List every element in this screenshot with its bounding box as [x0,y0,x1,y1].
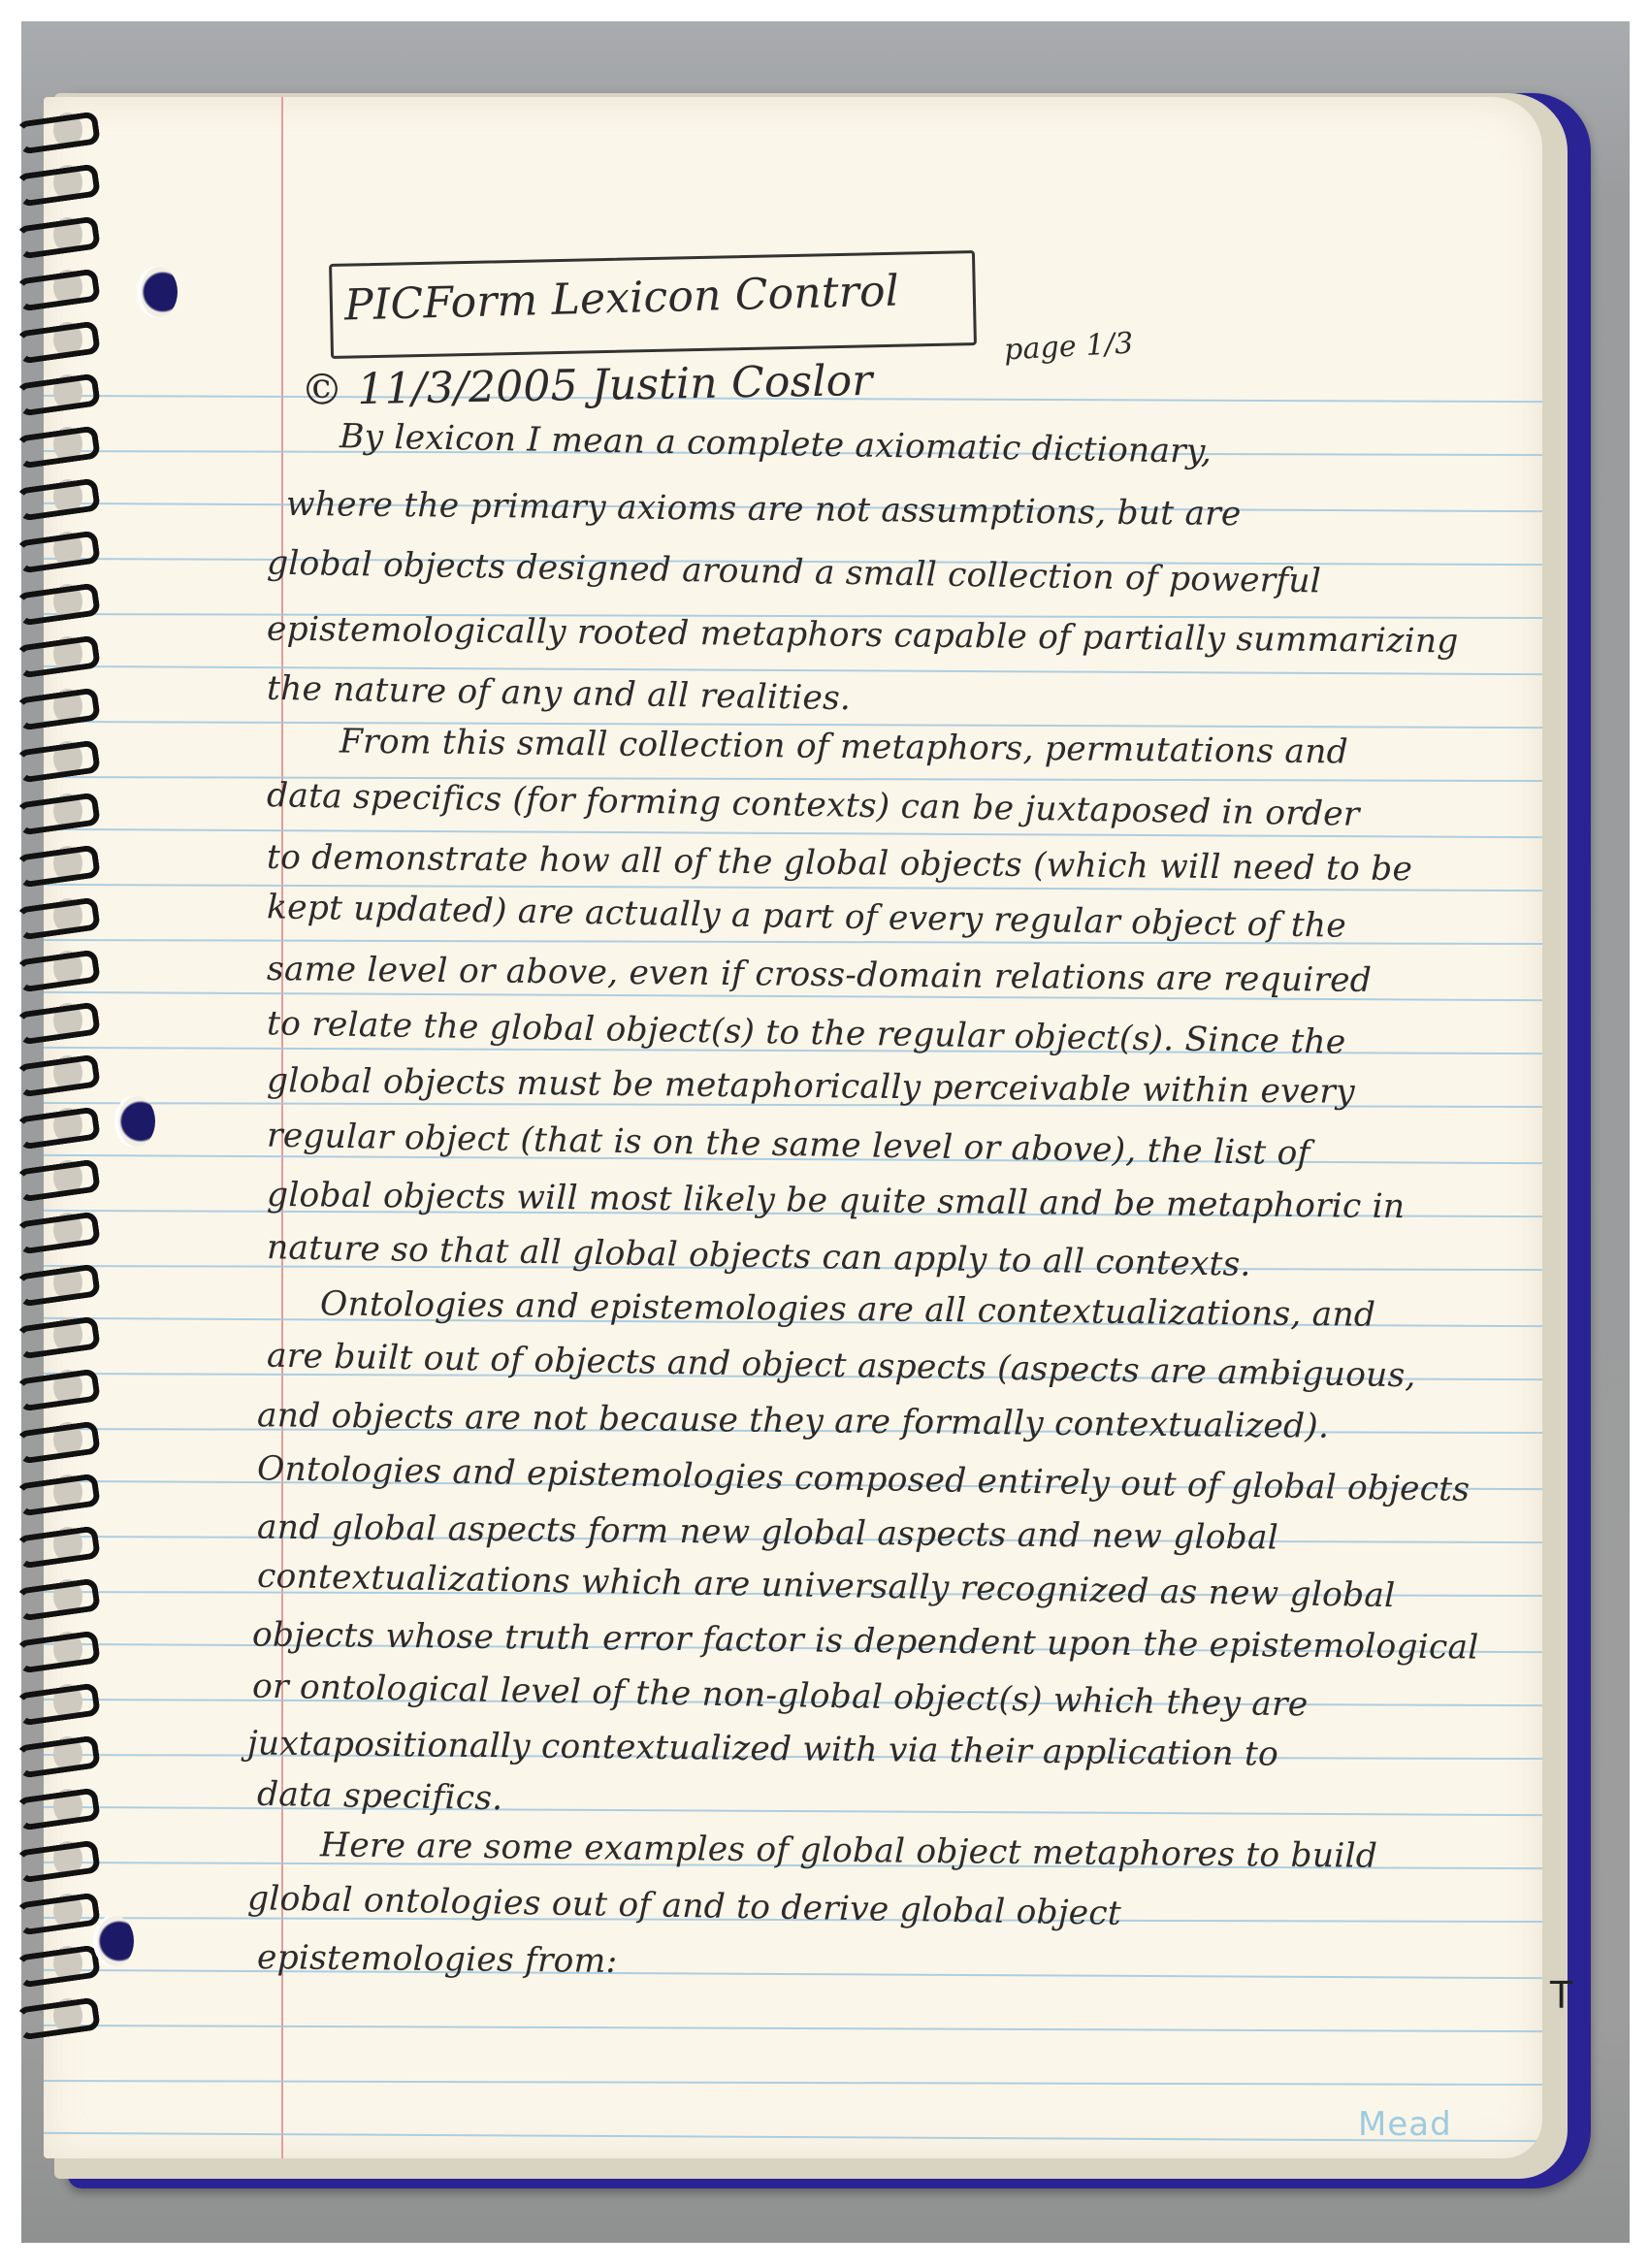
rule-line [44,2132,1542,2142]
page-number: page 1/3 [1003,327,1134,368]
text-line: epistemologies from: [257,1938,618,1981]
edge-mark: T [1550,1974,1572,2017]
rule-line [44,2025,1542,2032]
punched-hole-bottom [97,1916,134,1966]
punched-hole-top [141,267,178,317]
brand-logo: Mead [1358,2105,1452,2144]
copyright-byline: © 11/3/2005 Justin Coslor [301,356,873,415]
punched-hole-middle [118,1096,155,1147]
text-line: data specifics. [257,1775,503,1818]
rule-line [44,2080,1542,2086]
